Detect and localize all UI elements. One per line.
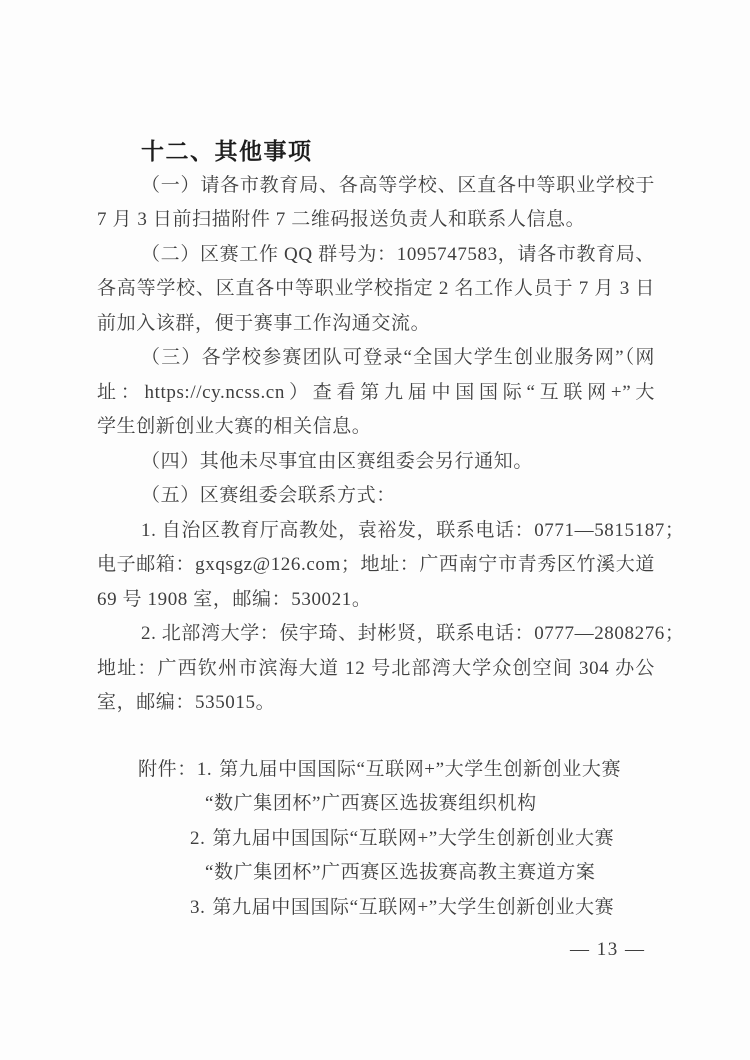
attachment-subtitle: “数广集团杯”广西赛区选拔赛高教主赛道方案 bbox=[205, 862, 595, 883]
doc-line: 地址：广西钦州市滨海大道 12 号北部湾大学众创空间 304 办公 bbox=[97, 652, 655, 687]
attachment-number: 1. bbox=[197, 759, 212, 780]
attachment-row-1-subtitle: “数广集团杯”广西赛区选拔赛组织机构 bbox=[97, 787, 655, 822]
doc-line: （五）区赛组委会联系方式： bbox=[97, 479, 655, 514]
doc-line: 室，邮编：535015。 bbox=[97, 686, 655, 721]
attachment-row-1: 附件：1.第九届中国国际“互联网+”大学生创新创业大赛 bbox=[97, 753, 655, 788]
attachment-title: 第九届中国国际“互联网+”大学生创新创业大赛 bbox=[219, 759, 621, 780]
page-number: — 13 — bbox=[570, 939, 646, 961]
attachment-subtitle: “数广集团杯”广西赛区选拔赛组织机构 bbox=[205, 793, 537, 814]
attachment-number: 2. bbox=[190, 828, 205, 849]
doc-line: （三）各学校参赛团队可登录“全国大学生创业服务网”（网 bbox=[97, 341, 655, 376]
scanned-document-page: 十二、其他事项 （一）请各市教育局、各高等学校、区直各中等职业学校于 7 月 3… bbox=[0, 0, 750, 1060]
doc-line: 电子邮箱：gxqsgz@126.com；地址：广西南宁市青秀区竹溪大道 bbox=[97, 548, 655, 583]
doc-line: 2. 北部湾大学：侯宇琦、封彬贤，联系电话：0777—2808276； bbox=[97, 617, 655, 652]
doc-line: 址：https://cy.ncss.cn）查看第九届中国国际“互联网+”大 bbox=[97, 376, 655, 411]
doc-line: （一）请各市教育局、各高等学校、区直各中等职业学校于 bbox=[97, 169, 655, 204]
attachment-number: 3. bbox=[190, 897, 205, 918]
attachment-row-3: 3.第九届中国国际“互联网+”大学生创新创业大赛 bbox=[97, 891, 655, 926]
attachment-label: 附件： bbox=[138, 759, 197, 780]
attachment-title: 第九届中国国际“互联网+”大学生创新创业大赛 bbox=[212, 828, 614, 849]
doc-line: 各高等学校、区直各中等职业学校指定 2 名工作人员于 7 月 3 日 bbox=[97, 272, 655, 307]
doc-line: 1. 自治区教育厅高教处，袁裕发，联系电话：0771—5815187； bbox=[97, 514, 655, 549]
attachment-row-2-subtitle: “数广集团杯”广西赛区选拔赛高教主赛道方案 bbox=[97, 856, 655, 891]
doc-line: 69 号 1908 室，邮编：530021。 bbox=[97, 583, 655, 618]
doc-line: （二）区赛工作 QQ 群号为：1095747583，请各市教育局、 bbox=[97, 238, 655, 273]
doc-line: （四）其他未尽事宜由区赛组委会另行通知。 bbox=[97, 445, 655, 480]
doc-line: 学生创新创业大赛的相关信息。 bbox=[97, 410, 655, 445]
document-body: 十二、其他事项 （一）请各市教育局、各高等学校、区直各中等职业学校于 7 月 3… bbox=[97, 134, 655, 925]
attachment-row-2: 2.第九届中国国际“互联网+”大学生创新创业大赛 bbox=[97, 822, 655, 857]
blank-line bbox=[97, 721, 655, 753]
doc-line: 7 月 3 日前扫描附件 7 二维码报送负责人和联系人信息。 bbox=[97, 203, 655, 238]
attachment-title: 第九届中国国际“互联网+”大学生创新创业大赛 bbox=[212, 897, 614, 918]
section-heading: 十二、其他事项 bbox=[97, 134, 655, 169]
doc-line: 前加入该群，便于赛事工作沟通交流。 bbox=[97, 307, 655, 342]
